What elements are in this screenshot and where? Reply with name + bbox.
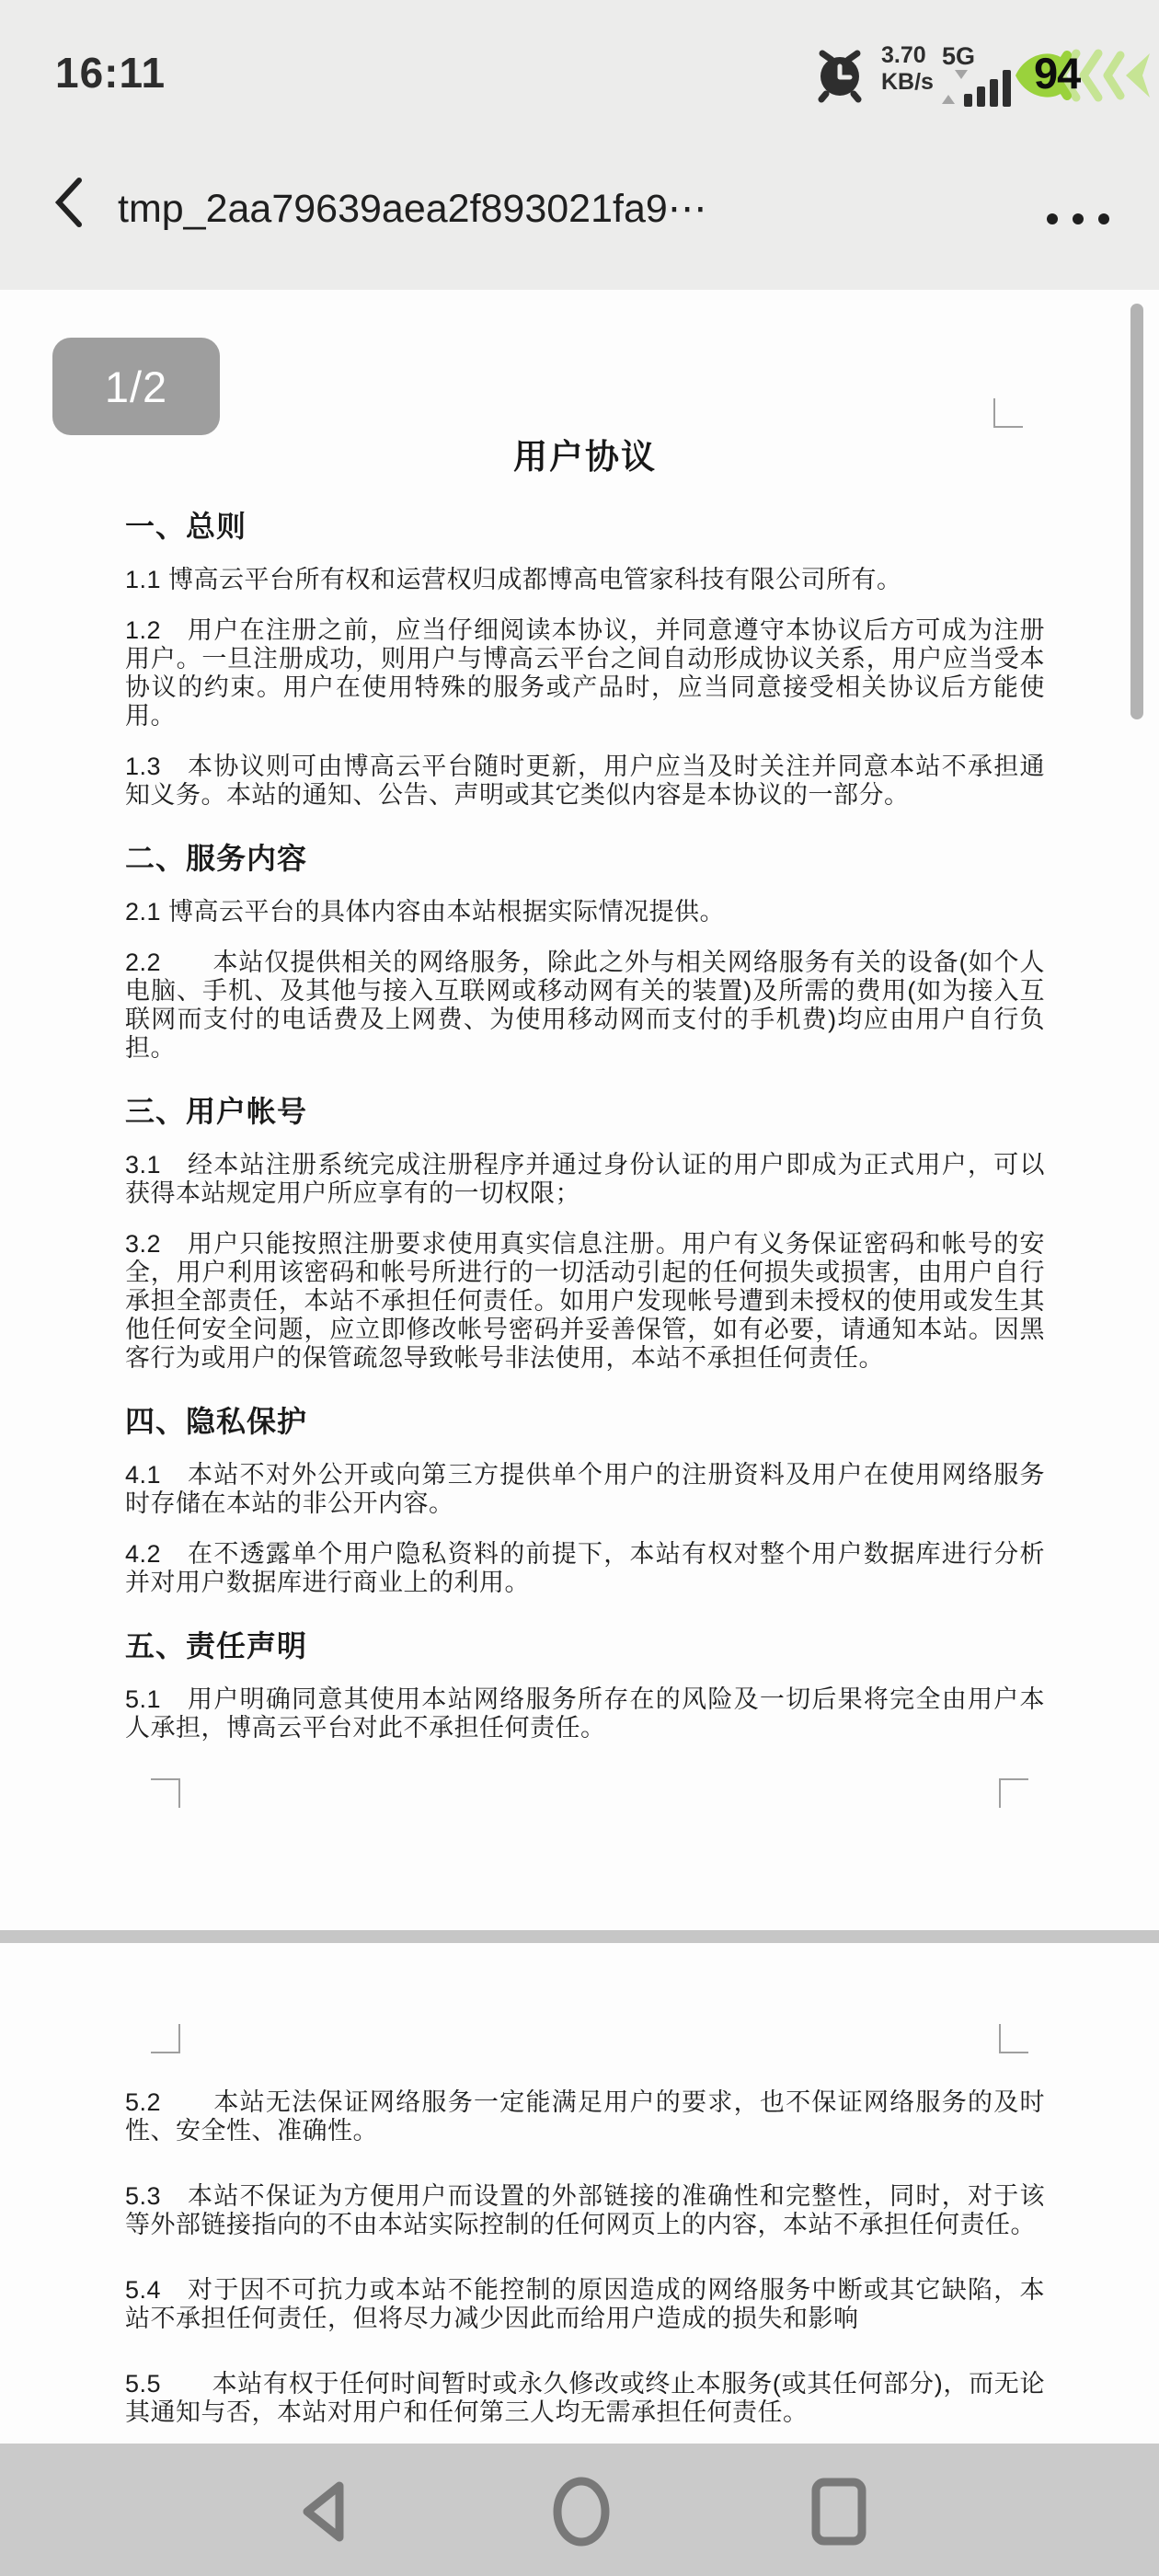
cellular-status: 5G: [942, 42, 975, 71]
paragraph: 3.1 经本站注册系统完成注册程序并通过身份认证的用户即成为正式用户，可以获得本…: [125, 1151, 1045, 1208]
page-separator: [0, 1930, 1159, 1943]
section-heading: 五、责任声明: [125, 1628, 1045, 1663]
back-button[interactable]: [48, 156, 112, 248]
status-bar: 16:11 3.70 KB/s 5G: [0, 0, 1159, 120]
page-indicator-badge: 1/2: [52, 338, 220, 435]
ellipsis-menu-icon: [1047, 213, 1058, 224]
paragraph: 4.1 本站不对外公开或向第三方提供单个用户的注册资料及用户在使用网络服务时存储…: [125, 1461, 1045, 1518]
crop-mark: [999, 2024, 1028, 2053]
cellular-signal-bars-icon: [964, 70, 1011, 107]
paragraph: 5.2 本站无法保证网络服务一定能满足用户的要求，也不保证网络服务的及时性、安全…: [125, 2088, 1045, 2145]
data-activity-arrows-icon: [942, 79, 955, 96]
document-page-2[interactable]: 5.2 本站无法保证网络服务一定能满足用户的要求，也不保证网络服务的及时性、安全…: [0, 1943, 1159, 2444]
section-heading: 三、用户帐号: [125, 1094, 1045, 1129]
navigation-bar: [0, 2444, 1159, 2576]
page1-content: 用户协议 一、总则 1.1 博高云平台所有权和运营权归成都博高电管家科技有限公司…: [0, 437, 1159, 1742]
section-heading: 二、服务内容: [125, 841, 1045, 876]
recents-square-icon: [807, 2474, 871, 2549]
home-circle-icon: [546, 2472, 616, 2551]
battery-percent: 94: [1034, 48, 1080, 98]
nav-recents-button[interactable]: [784, 2473, 894, 2550]
crop-mark: [151, 2024, 180, 2053]
paragraph: 2.2 本站仅提供相关的网络服务，除此之外与相关网络服务有关的设备(如个人电脑、…: [125, 949, 1045, 1063]
document-page-1[interactable]: 1/2 用户协议 一、总则 1.1 博高云平台所有权和运营权归成都博高电管家科技…: [0, 290, 1159, 1930]
crop-mark: [999, 1778, 1028, 1808]
back-triangle-icon: [292, 2475, 356, 2548]
page2-content: 5.2 本站无法保证网络服务一定能满足用户的要求，也不保证网络服务的及时性、安全…: [0, 1943, 1159, 2427]
nav-home-button[interactable]: [526, 2473, 637, 2550]
chevron-left-icon: [59, 180, 79, 224]
paragraph: 3.2 用户只能按照注册要求使用真实信息注册。用户有义务保证密码和帐号的安全，用…: [125, 1230, 1045, 1373]
alarm-clock-icon: [813, 46, 866, 108]
clock-time: 16:11: [55, 48, 166, 98]
paragraph: 5.5 本站有权于任何时间暂时或永久修改或终止本服务(或其任何部分)，而无论其通…: [125, 2370, 1045, 2427]
paragraph: 1.3 本协议则可由博高云平台随时更新，用户应当及时关注并同意本站不承担通知义务…: [125, 753, 1045, 810]
paragraph: 2.1 博高云平台的具体内容由本站根据实际情况提供。: [125, 898, 1045, 926]
paragraph: 1.1 博高云平台所有权和运营权归成都博高电管家科技有限公司所有。: [125, 566, 1045, 594]
network-speed-value: 3.70: [881, 42, 934, 69]
paragraph: 5.1 用户明确同意其使用本站网络服务所存在的风险及一切后果将完全由用户本人承担…: [125, 1685, 1045, 1742]
paragraph: 5.4 对于因不可抗力或本站不能控制的原因造成的网络服务中断或其它缺陷，本站不承…: [125, 2276, 1045, 2333]
network-speed: 3.70 KB/s: [881, 42, 934, 96]
agreement-title: 用户协议: [125, 437, 1045, 477]
crop-mark: [993, 398, 1023, 428]
nav-back-button[interactable]: [269, 2473, 379, 2550]
document-title: tmp_2aa79639aea2f893021fa9⋯: [118, 186, 1028, 232]
scrollbar-thumb[interactable]: [1130, 304, 1143, 719]
section-heading: 四、隐私保护: [125, 1404, 1045, 1439]
more-options-button[interactable]: [1047, 201, 1148, 237]
section-heading: 一、总则: [125, 509, 1045, 544]
crop-mark: [151, 1778, 180, 1808]
paragraph: 4.2 在不透露单个用户隐私资料的前提下，本站有权对整个用户数据库进行分析并对用…: [125, 1540, 1045, 1597]
title-bar: tmp_2aa79639aea2f893021fa9⋯: [0, 120, 1159, 290]
fish-battery-icon: 94: [1012, 40, 1155, 110]
paragraph: 5.3 本站不保证为方便用户而设置的外部链接的准确性和完整性，同时，对于该等外部…: [125, 2182, 1045, 2239]
network-speed-unit: KB/s: [881, 69, 934, 96]
paragraph: 1.2 用户在注册之前，应当仔细阅读本协议，并同意遵守本协议后方可成为注册用户。…: [125, 616, 1045, 730]
network-type-label: 5G: [942, 42, 975, 70]
